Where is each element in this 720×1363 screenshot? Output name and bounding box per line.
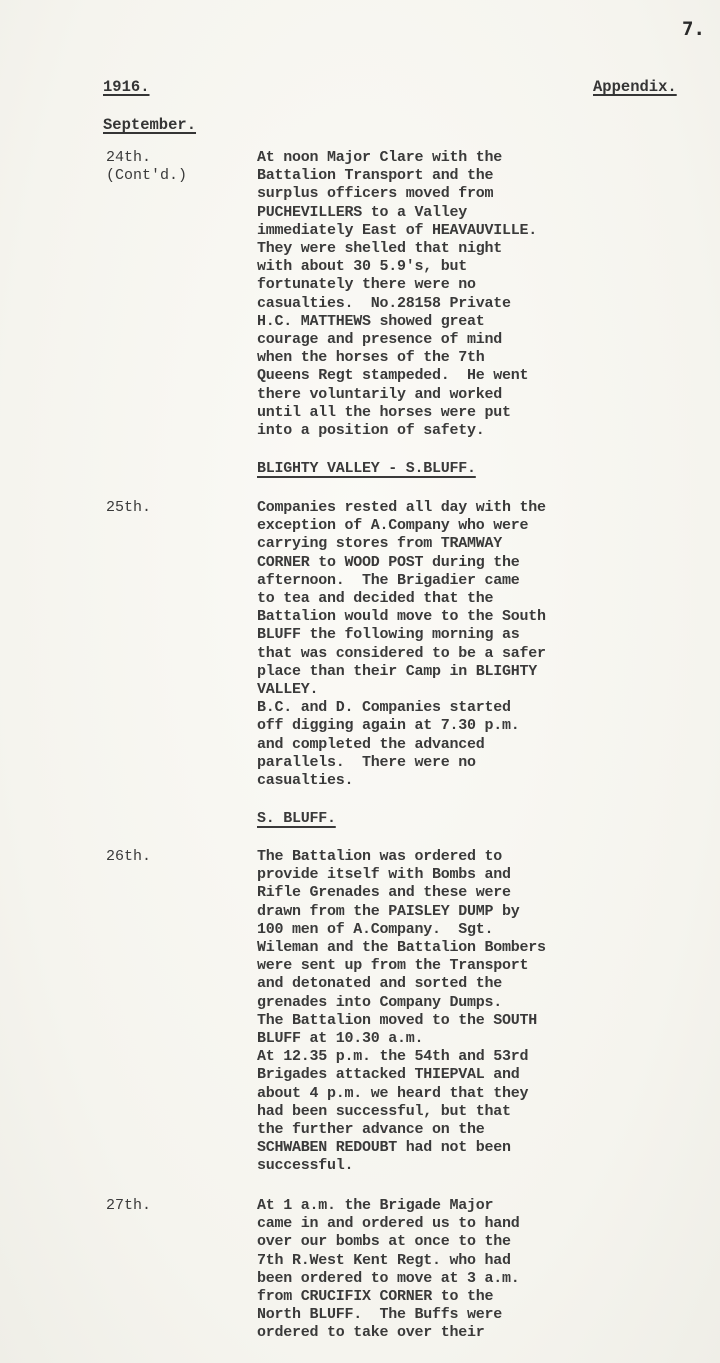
entry-line: immediately East of HEAVAUVILLE.	[257, 222, 657, 240]
entry-line: At 12.35 p.m. the 54th and 53rd	[257, 1048, 657, 1066]
entry-line: to tea and decided that the	[257, 590, 657, 608]
entry-line: place than their Camp in BLIGHTY	[257, 663, 657, 681]
entry-line: Brigades attacked THIEPVAL and	[257, 1066, 657, 1084]
entry-line: off digging again at 7.30 p.m.	[257, 717, 657, 735]
year-heading: 1916.	[103, 78, 150, 96]
entry-line: provide itself with Bombs and	[257, 866, 657, 884]
entry-line: courage and presence of mind	[257, 331, 657, 349]
entry-line: Rifle Grenades and these were	[257, 884, 657, 902]
entry-line: and detonated and sorted the	[257, 975, 657, 993]
entry-line: grenades into Company Dumps.	[257, 994, 657, 1012]
entry-line: They were shelled that night	[257, 240, 657, 258]
entry-line: and completed the advanced	[257, 736, 657, 754]
entry-line: when the horses of the 7th	[257, 349, 657, 367]
entry-line: Wileman and the Battalion Bombers	[257, 939, 657, 957]
appendix-heading: Appendix.	[593, 78, 677, 96]
entry-line: Battalion Transport and the	[257, 167, 657, 185]
entry-line: PUCHEVILLERS to a Valley	[257, 204, 657, 222]
entry-line: over our bombs at once to the	[257, 1233, 657, 1251]
entry-line: successful.	[257, 1157, 657, 1175]
location-heading-s-bluff: S. BLUFF.	[257, 810, 336, 827]
entry-line: H.C. MATTHEWS showed great	[257, 313, 657, 331]
entry-line: had been successful, but that	[257, 1103, 657, 1121]
entry-line: 100 men of A.Company. Sgt.	[257, 921, 657, 939]
entry-line: B.C. and D. Companies started	[257, 699, 657, 717]
entry-line: came in and ordered us to hand	[257, 1215, 657, 1233]
entry-line: At 1 a.m. the Brigade Major	[257, 1197, 657, 1215]
entry-date-26th: 26th.	[106, 848, 151, 866]
entry-body-26th: The Battalion was ordered to provide its…	[257, 848, 657, 1176]
entry-line: carrying stores from TRAMWAY	[257, 535, 657, 553]
entry-line: Companies rested all day with the	[257, 499, 657, 517]
entry-line: exception of A.Company who were	[257, 517, 657, 535]
entry-date-27th: 27th.	[106, 1197, 151, 1215]
entry-date-25th: 25th.	[106, 499, 151, 517]
entry-line: drawn from the PAISLEY DUMP by	[257, 903, 657, 921]
entry-line: Queens Regt stampeded. He went	[257, 367, 657, 385]
entry-line: BLUFF at 10.30 a.m.	[257, 1030, 657, 1048]
entry-line: into a position of safety.	[257, 422, 657, 440]
entry-line: 7th R.West Kent Regt. who had	[257, 1252, 657, 1270]
entry-date-24th: 24th. (Cont'd.)	[106, 149, 187, 185]
entry-line: fortunately there were no	[257, 276, 657, 294]
entry-line: casualties.	[257, 772, 657, 790]
entry-line: Battalion would move to the South	[257, 608, 657, 626]
entry-line: with about 30 5.9's, but	[257, 258, 657, 276]
month-heading: September.	[103, 116, 196, 134]
entry-line: North BLUFF. The Buffs were	[257, 1306, 657, 1324]
entry-line: CORNER to WOOD POST during the	[257, 554, 657, 572]
entry-line: until all the horses were put	[257, 404, 657, 422]
entry-line: VALLEY.	[257, 681, 657, 699]
page-number: 7.	[682, 18, 705, 40]
entry-line: At noon Major Clare with the	[257, 149, 657, 167]
entry-body-27th: At 1 a.m. the Brigade Major came in and …	[257, 1197, 657, 1343]
entry-line: SCHWABEN REDOUBT had not been	[257, 1139, 657, 1157]
entry-line: the further advance on the	[257, 1121, 657, 1139]
entry-line: about 4 p.m. we heard that they	[257, 1085, 657, 1103]
entry-line: parallels. There were no	[257, 754, 657, 772]
location-heading-blighty-valley: BLIGHTY VALLEY - S.BLUFF.	[257, 460, 476, 477]
entry-line: BLUFF the following morning as	[257, 626, 657, 644]
entry-line: casualties. No.28158 Private	[257, 295, 657, 313]
entry-line: ordered to take over their	[257, 1324, 657, 1342]
entry-line: The Battalion was ordered to	[257, 848, 657, 866]
entry-line: been ordered to move at 3 a.m.	[257, 1270, 657, 1288]
document-page: 7. 1916. Appendix. September. 24th. (Con…	[0, 0, 720, 1363]
entry-line: there voluntarily and worked	[257, 386, 657, 404]
entry-line: The Battalion moved to the SOUTH	[257, 1012, 657, 1030]
entry-line: afternoon. The Brigadier came	[257, 572, 657, 590]
entry-line: surplus officers moved from	[257, 185, 657, 203]
entry-line: were sent up from the Transport	[257, 957, 657, 975]
entry-body-25th: Companies rested all day with the except…	[257, 499, 657, 790]
entry-body-24th: At noon Major Clare with the Battalion T…	[257, 149, 657, 440]
entry-line: that was considered to be a safer	[257, 645, 657, 663]
entry-line: from CRUCIFIX CORNER to the	[257, 1288, 657, 1306]
